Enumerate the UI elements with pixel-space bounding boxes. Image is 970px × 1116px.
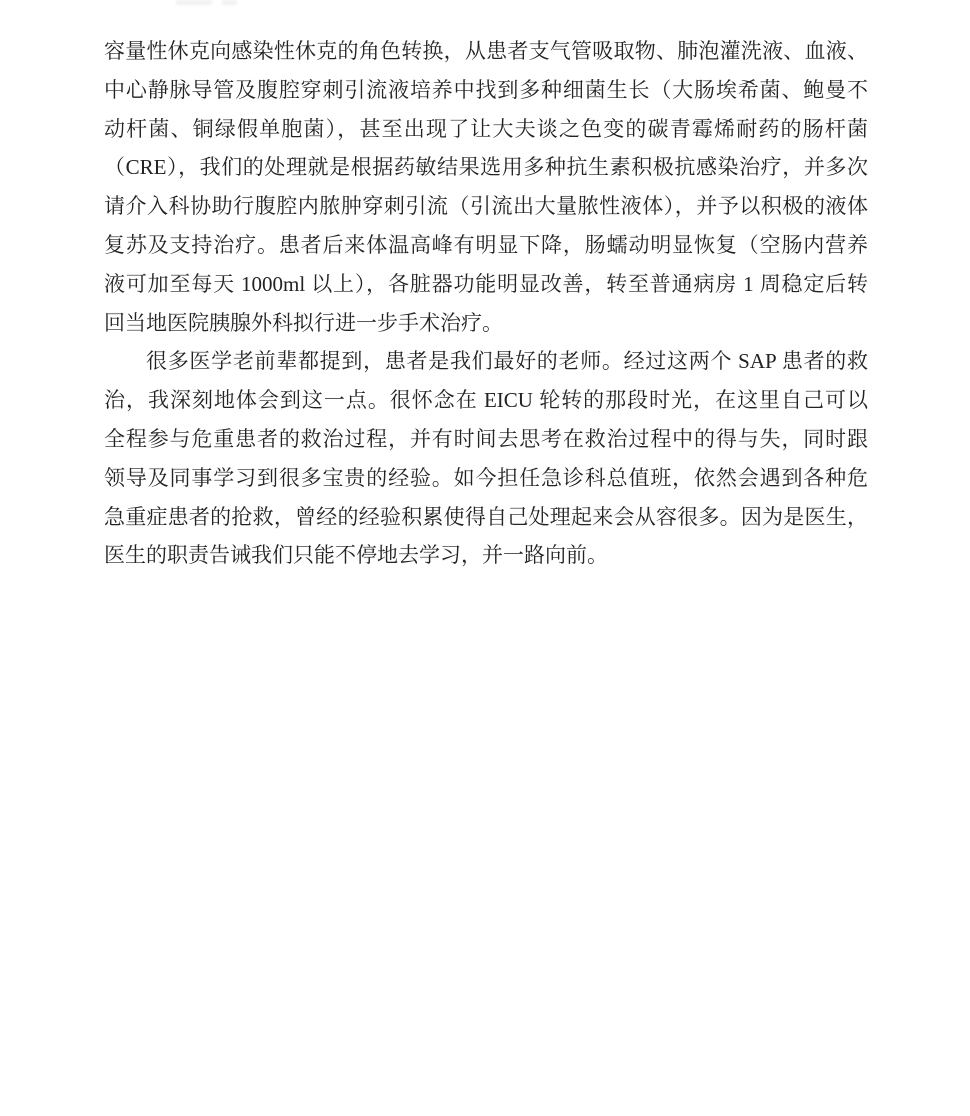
cropped-text-remnant xyxy=(222,0,237,5)
text-line: 医生的职责告诫我们只能不停地去学习，并一路向前。 xyxy=(104,536,868,575)
text-line: 回当地医院胰腺外科拟行进一步手术治疗。 xyxy=(104,304,868,343)
text-line: 领导及同事学习到很多宝贵的经验。如今担任急诊科总值班，依然会遇到各种危 xyxy=(104,459,868,498)
text-line: 液可加至每天 1000ml 以上），各脏器功能明显改善，转至普通病房 1 周稳定… xyxy=(104,265,868,304)
text-line: 急重症患者的抢救，曾经的经验积累使得自己处理起来会从容很多。因为是医生， xyxy=(104,498,868,537)
text-line: 复苏及支持治疗。患者后来体温高峰有明显下降，肠蠕动明显恢复（空肠内营养 xyxy=(104,226,868,265)
text-line: 治，我深刻地体会到这一点。很怀念在 EICU 轮转的那段时光，在这里自己可以 xyxy=(104,381,868,420)
text-line: 很多医学老前辈都提到，患者是我们最好的老师。经过这两个 SAP 患者的救 xyxy=(104,342,868,381)
book-page: 容量性休克向感染性休克的角色转换，从患者支气管吸取物、肺泡灌洗液、血液、 中心静… xyxy=(0,0,970,1116)
text-line: 全程参与危重患者的救治过程，并有时间去思考在救治过程中的得与失，同时跟 xyxy=(104,420,868,459)
text-line: 请介入科协助行腹腔内脓肿穿刺引流（引流出大量脓性液体），并予以积极的液体 xyxy=(104,187,868,226)
cropped-text-remnant xyxy=(176,0,212,5)
body-text: 容量性休克向感染性休克的角色转换，从患者支气管吸取物、肺泡灌洗液、血液、 中心静… xyxy=(104,32,868,575)
text-line: 容量性休克向感染性休克的角色转换，从患者支气管吸取物、肺泡灌洗液、血液、 xyxy=(104,32,868,71)
text-line: （CRE），我们的处理就是根据药敏结果选用多种抗生素积极抗感染治疗，并多次 xyxy=(104,148,868,187)
text-line: 动杆菌、铜绿假单胞菌），甚至出现了让大夫谈之色变的碳青霉烯耐药的肠杆菌 xyxy=(104,110,868,149)
text-line: 中心静脉导管及腹腔穿刺引流液培养中找到多种细菌生长（大肠埃希菌、鲍曼不 xyxy=(104,71,868,110)
